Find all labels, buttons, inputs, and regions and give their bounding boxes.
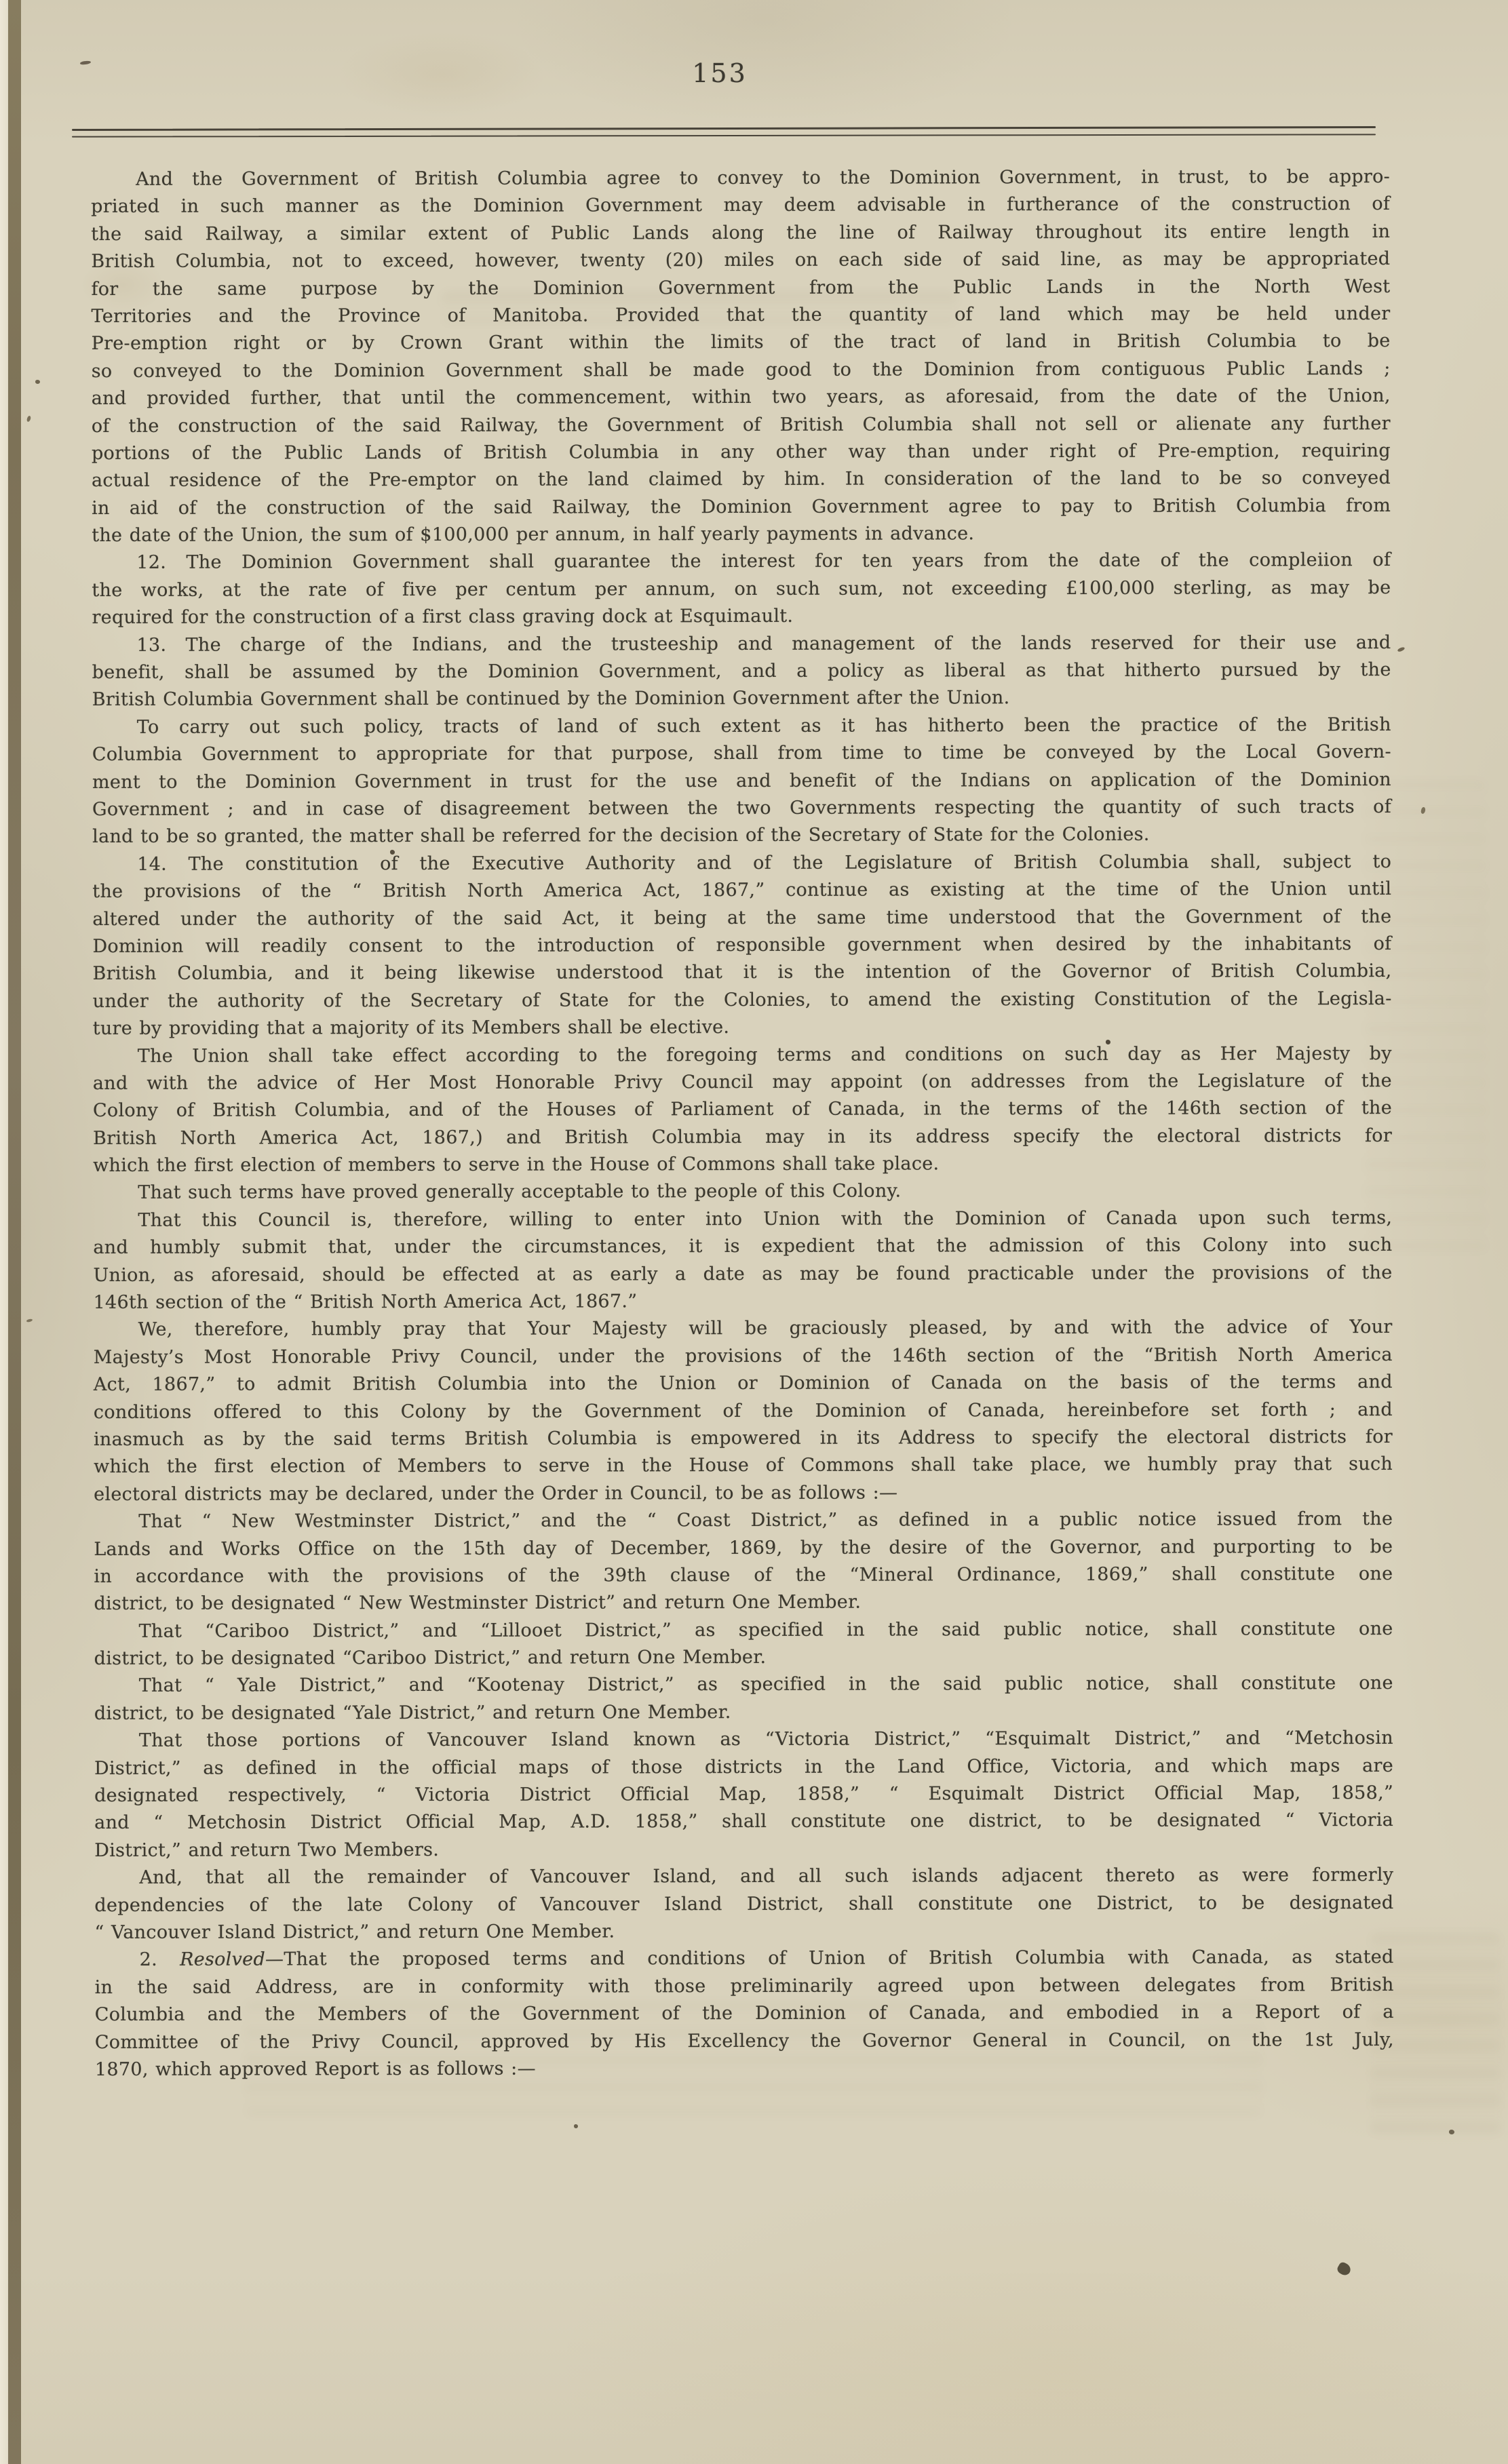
- page-number: 153: [672, 58, 767, 88]
- text-line: the works, at the rate of five per centu…: [92, 574, 1391, 604]
- text-line: so conveyed to the Dominion Government s…: [92, 355, 1391, 385]
- text-line: District,” and return Two Members.: [94, 1835, 1393, 1864]
- text-line: British Columbia, and it being likewise …: [92, 958, 1391, 987]
- text-line: British Columbia, not to exceed, however…: [91, 246, 1390, 275]
- text-line: Government ; and in case of disagreement…: [92, 794, 1391, 823]
- text-line: That “ New Westminster District,” and th…: [94, 1506, 1393, 1536]
- text-line: and with the advice of Her Most Honorabl…: [93, 1068, 1392, 1097]
- text-line: 13. The charge of the Indians, and the t…: [92, 629, 1391, 659]
- paragraph: That those portions of Vancouver Island …: [94, 1725, 1393, 1864]
- text-line: district, to be designated “Cariboo Dist…: [94, 1643, 1393, 1673]
- text-line: Majesty’s Most Honorable Privy Council, …: [94, 1342, 1393, 1371]
- paragraph: And the Government of British Columbia a…: [91, 163, 1391, 549]
- text-line: of the construction of the said Railway,…: [92, 410, 1391, 440]
- paragraph: And, that all the remainder of Vancouver…: [94, 1862, 1393, 1947]
- scanner-background-edge: [0, 0, 8, 2464]
- text-line: British North America Act, 1867,) and Br…: [93, 1122, 1392, 1152]
- text-line: portions of the Public Lands of British …: [92, 437, 1391, 467]
- text-line: That “ Yale District,” and “Kootenay Dis…: [94, 1670, 1393, 1700]
- text-line: Territories and the Province of Manitoba…: [91, 300, 1390, 330]
- paragraph: That “ Yale District,” and “Kootenay Dis…: [94, 1670, 1393, 1727]
- paragraph: That this Council is, therefore, willing…: [93, 1205, 1392, 1317]
- text-line: conditions offered to this Colony by the…: [94, 1396, 1393, 1426]
- text-line: Committee of the Privy Council, approved…: [95, 2027, 1394, 2056]
- paragraph: 12. The Dominion Government shall guaran…: [92, 547, 1391, 631]
- text-line: under the authority of the Secretary of …: [93, 985, 1392, 1015]
- text-line: inasmuch as by the said terms British Co…: [94, 1424, 1393, 1453]
- book-binding-edge: [8, 0, 21, 2464]
- text-line: Dominion will readily consent to the int…: [92, 931, 1391, 960]
- header-rule-top: [72, 126, 1376, 131]
- text-line: land to be so granted, the matter shall …: [92, 821, 1391, 850]
- text-line: To carry out such policy, tracts of land…: [92, 711, 1391, 741]
- header-rule-bottom: [72, 134, 1376, 137]
- text-line: and humbly submit that, under the circum…: [93, 1232, 1392, 1262]
- text-line: benefit, shall be assumed by the Dominio…: [92, 657, 1391, 686]
- paragraph: 13. The charge of the Indians, and the t…: [92, 629, 1391, 714]
- text-line: ment to the Dominion Government in trust…: [92, 766, 1391, 796]
- ink-speck: [390, 850, 395, 855]
- document-body-text: And the Government of British Columbia a…: [91, 163, 1394, 2084]
- text-line: district, to be designated “ New Westmin…: [94, 1588, 1393, 1618]
- text-line: in accordance with the provisions of the…: [94, 1561, 1393, 1590]
- text-line: actual residence of the Pre-emptor on th…: [92, 465, 1391, 494]
- paragraph: That such terms have proved generally ac…: [93, 1177, 1392, 1207]
- text-line: Pre-emption right or by Crown Grant with…: [92, 328, 1391, 357]
- text-line: 12. The Dominion Government shall guaran…: [92, 547, 1391, 576]
- text-line: District,” as defined in the official ma…: [94, 1753, 1393, 1782]
- paragraph: 2. Resolved—That the proposed terms and …: [95, 1944, 1394, 2084]
- paragraph: We, therefore, humbly pray that Your Maj…: [94, 1314, 1393, 1508]
- scanned-document-page: { "page": { "number": "153" }, "document…: [0, 0, 1508, 2464]
- text-line: That those portions of Vancouver Island …: [94, 1725, 1393, 1755]
- text-line: Columbia and the Members of the Governme…: [95, 1999, 1394, 2029]
- text-line: Columbia Government to appropriate for t…: [92, 739, 1391, 768]
- text-line: for the same purpose by the Dominion Gov…: [91, 273, 1390, 303]
- text-line: 1870, which approved Report is as follow…: [95, 2054, 1394, 2084]
- text-line: in aid of the construction of the said R…: [92, 492, 1391, 522]
- text-line: Colony of British Columbia, and of the H…: [93, 1095, 1392, 1125]
- text-line: 146th section of the “ British North Ame…: [94, 1287, 1393, 1316]
- text-line: which the first election of members to s…: [93, 1150, 1392, 1179]
- text-line: the provisions of the “ British North Am…: [92, 876, 1391, 905]
- text-line: British Columbia Government shall be con…: [92, 684, 1391, 713]
- text-line: Lands and Works Office on the 15th day o…: [94, 1533, 1393, 1563]
- text-line: “ Vancouver Island District,” and return…: [94, 1917, 1393, 1947]
- text-line: 2. Resolved—That the proposed terms and …: [95, 1944, 1394, 1974]
- ink-speck: [35, 380, 40, 384]
- text-line: priated in such manner as the Dominion G…: [91, 191, 1390, 220]
- text-line: required for the construction of a first…: [92, 602, 1391, 631]
- text-line: dependencies of the late Colony of Vanco…: [94, 1890, 1393, 1919]
- text-line: Act, 1867,” to admit British Columbia in…: [94, 1369, 1393, 1399]
- text-line: electoral districts may be declared, und…: [94, 1479, 1393, 1508]
- text-line: The Union shall take effect according to…: [93, 1040, 1392, 1070]
- text-line: altered under the authority of the said …: [92, 903, 1391, 933]
- text-line: in the said Address, are in conformity w…: [95, 1972, 1394, 2001]
- text-line: That such terms have proved generally ac…: [93, 1177, 1392, 1207]
- text-line: and “ Metchosin District Official Map, A…: [94, 1807, 1393, 1837]
- ink-speck: [1106, 1040, 1110, 1044]
- text-line: And, that all the remainder of Vancouver…: [94, 1862, 1393, 1892]
- paragraph: The Union shall take effect according to…: [93, 1040, 1392, 1179]
- paragraph: That “Cariboo District,” and “Lillooet D…: [94, 1616, 1393, 1673]
- text-line: That “Cariboo District,” and “Lillooet D…: [94, 1616, 1393, 1645]
- text-line: ture by providing that a majority of its…: [93, 1013, 1392, 1042]
- ink-speck: [574, 2124, 578, 2128]
- paragraph: To carry out such policy, tracts of land…: [92, 711, 1391, 851]
- text-line: designated respectively, “ Victoria Dist…: [94, 1780, 1393, 1810]
- paragraph: That “ New Westminster District,” and th…: [94, 1506, 1393, 1618]
- page-paper: 153 And the Government of British Columb…: [21, 0, 1508, 2464]
- text-line: which the first election of Members to s…: [94, 1451, 1393, 1481]
- text-line: the date of the Union, the sum of $100,0…: [92, 520, 1391, 549]
- text-line: 14. The constitution of the Executive Au…: [92, 848, 1391, 878]
- text-line: That this Council is, therefore, willing…: [93, 1205, 1392, 1234]
- text-line: We, therefore, humbly pray that Your Maj…: [94, 1314, 1393, 1344]
- paragraph: 14. The constitution of the Executive Au…: [92, 848, 1392, 1043]
- ink-speck: [1449, 2130, 1454, 2134]
- text-line: And the Government of British Columbia a…: [91, 163, 1390, 193]
- text-line: district, to be designated “Yale Distric…: [94, 1698, 1393, 1727]
- text-line: Union, as aforesaid, should be effected …: [93, 1259, 1392, 1289]
- text-line: and provided further, that until the com…: [92, 383, 1391, 412]
- text-line: the said Railway, a similar extent of Pu…: [91, 218, 1390, 248]
